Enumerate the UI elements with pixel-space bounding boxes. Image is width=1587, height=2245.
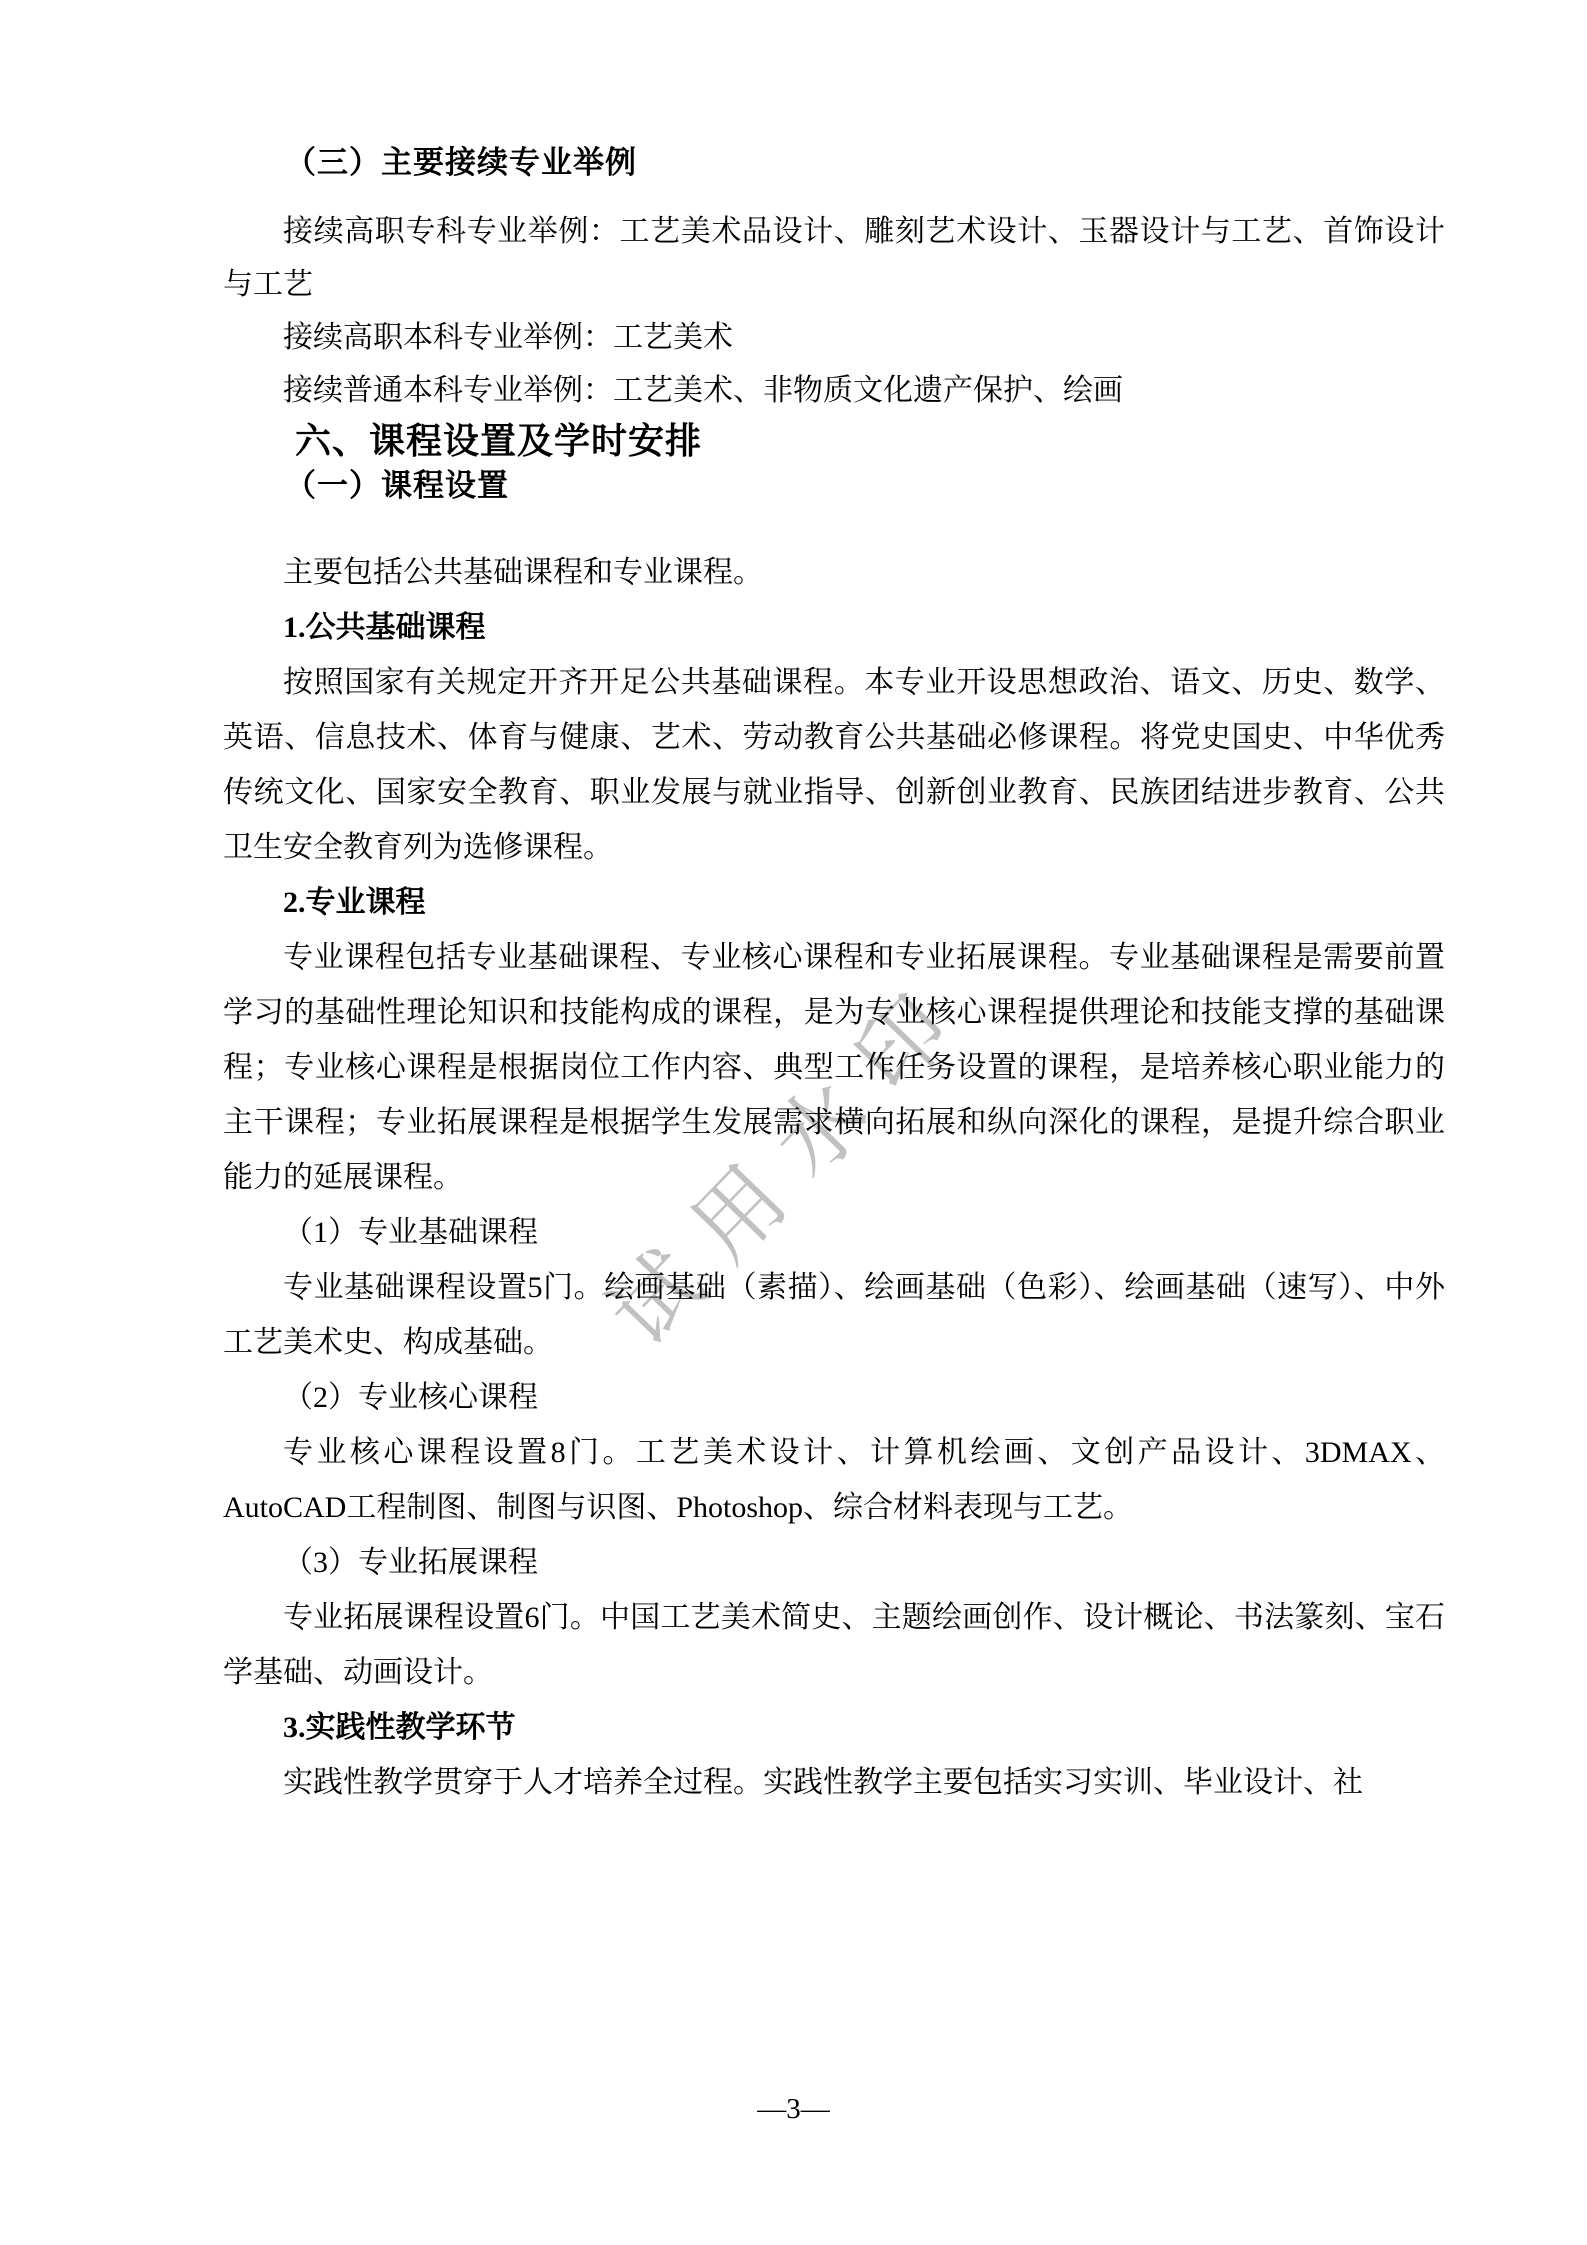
heading-level1: 六、课程设置及学时安排 <box>223 417 1445 465</box>
paragraph: 专业核心课程设置8门。工艺美术设计、计算机绘画、文创产品设计、3DMAX、Aut… <box>223 1425 1445 1535</box>
paragraph: （1）专业基础课程 <box>223 1205 1445 1260</box>
paragraph: 接续高职本科专业举例：工艺美术 <box>223 311 1445 364</box>
heading-level2: （三）主要接续专业举例 <box>223 142 1445 184</box>
document-page: 试用水印 （三）主要接续专业举例接续高职专科专业举例：工艺美术品设计、雕刻艺术设… <box>0 0 1587 2245</box>
page-number: —3— <box>0 2089 1587 2129</box>
paragraph: 专业基础课程设置5门。绘画基础（素描）、绘画基础（色彩）、绘画基础（速写）、中外… <box>223 1260 1445 1370</box>
heading-level2: （一）课程设置 <box>223 465 1445 507</box>
paragraph: 接续高职专科专业举例：工艺美术品设计、雕刻艺术设计、玉器设计与工艺、首饰设计与工… <box>223 205 1445 311</box>
paragraph: 接续普通本科专业举例：工艺美术、非物质文化遗产保护、绘画 <box>223 364 1445 417</box>
heading-level3: 3.实践性教学环节 <box>223 1700 1445 1755</box>
paragraph: 专业拓展课程设置6门。中国工艺美术简史、主题绘画创作、设计概论、书法篆刻、宝石学… <box>223 1590 1445 1700</box>
paragraph: 专业课程包括专业基础课程、专业核心课程和专业拓展课程。专业基础课程是需要前置学习… <box>223 930 1445 1205</box>
heading-level3: 2.专业课程 <box>223 875 1445 930</box>
paragraph: （3）专业拓展课程 <box>223 1535 1445 1590</box>
document-body: （三）主要接续专业举例接续高职专科专业举例：工艺美术品设计、雕刻艺术设计、玉器设… <box>0 0 1587 1810</box>
heading-level3: 1.公共基础课程 <box>223 600 1445 655</box>
paragraph: 主要包括公共基础课程和专业课程。 <box>223 545 1445 600</box>
paragraph: 按照国家有关规定开齐开足公共基础课程。本专业开设思想政治、语文、历史、数学、英语… <box>223 655 1445 875</box>
paragraph: 实践性教学贯穿于人才培养全过程。实践性教学主要包括实习实训、毕业设计、社 <box>223 1755 1445 1810</box>
paragraph: （2）专业核心课程 <box>223 1370 1445 1425</box>
